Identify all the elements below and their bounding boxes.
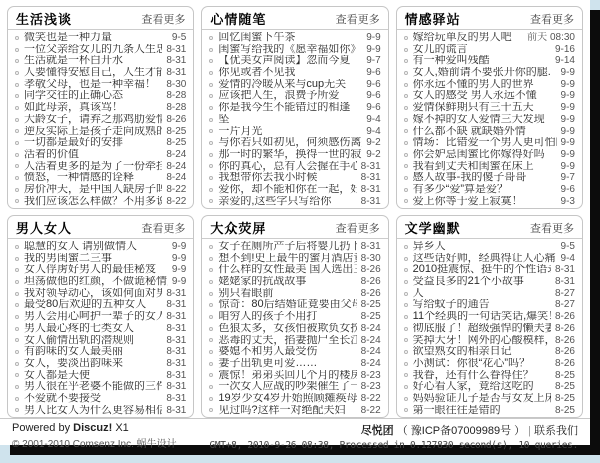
thread-title-link[interactable]: 什么都不缺 就缺婚外情 <box>413 126 557 138</box>
thread-date: 8-26 <box>555 358 575 370</box>
bullet-icon <box>404 59 408 63</box>
thread-date: 8-25 <box>361 311 381 323</box>
bullet-icon <box>15 36 19 40</box>
thread-title-link[interactable]: 坦荡做他的红颜，不做诡秘情人 ... <box>24 276 168 288</box>
thread-row: 一次女人应战的吵架催生了一个业主委员会 ...8-23 <box>209 381 380 393</box>
thread-title-link[interactable]: 女子在厕所产子后将婴儿扔下三楼（图） ... <box>218 241 356 253</box>
thread-date: 8-25 <box>555 370 575 382</box>
thread-list: 异乡人9-5这些话好帅，经典得让人心痛！ ...9-42010挺震惊、挺牛的个性… <box>397 239 582 416</box>
thread-title-link[interactable]: 如此母亲，真该骂！ <box>24 102 162 114</box>
thread-date: 8-31 <box>166 311 186 323</box>
thread-title-link[interactable]: 孝敬父母，也是一种幸福！ <box>24 79 162 91</box>
thread-row: 逆反实际上是孩子走向成熟的开始 ...8-25 <box>15 126 186 138</box>
thread-title-link[interactable]: 爱你，却不能和你在一起，好想你，好心痛！ ... <box>218 184 356 196</box>
thread-date: 9-4 <box>561 253 575 265</box>
thread-title-link[interactable]: 最受80后欢迎的五种女人 <box>24 299 162 311</box>
thread-title-link[interactable]: 惊奇：80后结婚证竟要由父母代管 ... <box>218 299 356 311</box>
thread-date: 8-31 <box>166 67 186 79</box>
thread-row: 女人，要淡出韵味来8-31 <box>15 358 186 370</box>
thread-title-link[interactable]: 你会妒忌闺蜜比你嫁得好吗 <box>413 149 557 161</box>
thread-title-link[interactable]: 什么样的女性最美 国人选出三要素 ... <box>218 264 356 276</box>
bullet-icon <box>15 373 19 377</box>
thread-title-link[interactable]: 同学交往的正确心态 <box>24 90 162 102</box>
thread-title-link[interactable]: 一次女人应战的吵架催生了一个业主委员会 ... <box>218 381 356 393</box>
thread-title-link[interactable]: 爱情保鲜期只有三十五天 <box>413 102 557 114</box>
thread-title-link[interactable]: 一切都是最好的安排 <box>24 137 162 149</box>
thread-date: 8-24 <box>166 172 186 184</box>
thread-date: 9-6 <box>366 90 380 102</box>
thread-title-link[interactable]: 生活就是一杯白开水 <box>24 55 162 67</box>
category-panel: 大众荧屏查看更多女子在厕所产子后将婴儿扔下三楼（图） ...8-31想不到!史上… <box>201 215 388 418</box>
thread-title-link[interactable]: 闺蜜写给我的《愿幸福如你》 <box>218 44 362 56</box>
thread-row: 那一时的繁华，换得一世的寂寞 ...9-2 <box>209 149 380 161</box>
thread-title-link[interactable]: 人活着更多的是为了一份牵挂 <box>24 161 162 173</box>
bullet-icon <box>209 408 213 412</box>
forum-category-board: 生活浅谈查看更多微笑也是一种力量9-5一位父亲给女儿的九条人生忠告（受用一生） … <box>0 0 590 418</box>
thread-row: 闺蜜写给我的《愿幸福如你》9-9 <box>209 44 380 56</box>
thread-row: 一片月光9-4 <box>209 126 380 138</box>
thread-title-link[interactable]: 【优美女声阅读】忽而今夏 <box>218 55 362 67</box>
thread-date: 8-27 <box>555 299 575 311</box>
thread-title-link[interactable]: 男人最心疼的七类女人 <box>24 323 162 335</box>
thread-row: 爱情的冷暖从来与cup无关9-6 <box>209 79 380 91</box>
thread-title-link[interactable]: 爱上你等于爱上寂寞！ <box>413 196 557 208</box>
bullet-icon <box>404 36 408 40</box>
thread-date: 8-28 <box>166 90 186 102</box>
bullet-icon <box>209 268 213 272</box>
view-more-link[interactable]: 查看更多 <box>530 220 574 236</box>
thread-title-link[interactable]: 亲爱的,这些字只写给你 <box>218 196 356 208</box>
thread-list: 微笑也是一种力量9-5一位父亲给女儿的九条人生忠告（受用一生） ...8-31生… <box>8 30 193 207</box>
thread-row: 什么样的女性最美 国人选出三要素 ...8-26 <box>209 264 380 276</box>
bullet-icon <box>15 338 19 342</box>
bullet-icon <box>15 327 19 331</box>
thread-title-link[interactable]: 聪慧的女人 请别做情人 <box>24 241 168 253</box>
thread-date: 8-22 <box>166 196 186 208</box>
thread-date: 8-31 <box>166 358 186 370</box>
thread-date: 8-31 <box>361 184 381 196</box>
powered-by-prefix: Powered by <box>12 422 73 434</box>
bullet-icon <box>404 280 408 284</box>
thread-row: 小测试：你很“花心”吗？8-26 <box>404 358 575 370</box>
thread-row: 我的男闺蜜二三事9-9 <box>15 253 186 265</box>
thread-title-link[interactable]: 笑掉大牙！网外的心酸模样，请听竹子来“ ... <box>413 335 551 347</box>
thread-title-link[interactable]: 姥姥家的抗战故事 <box>218 276 356 288</box>
category-title-link[interactable]: 男人女人 <box>16 218 72 237</box>
thread-title-link[interactable]: 嫁给玩单反的男人吧 <box>413 32 524 44</box>
thread-list: 回忆闺蜜下午茶9-9闺蜜写给我的《愿幸福如你》9-9【优美女声阅读】忽而今夏9-… <box>202 30 387 207</box>
thread-title-link[interactable]: 女人，要淡出韵味来 <box>24 358 162 370</box>
thread-row: 微笑也是一种力量9-5 <box>15 32 186 44</box>
thread-title-link[interactable]: 女人俘虏好男人的最佳秘笈 <box>24 264 168 276</box>
thread-title-link[interactable]: 婆媳不和男人最受伤 <box>218 346 356 358</box>
thread-date: 8-25 <box>166 126 186 138</box>
thread-title-link[interactable]: 咱穷人的孩子不用打 <box>218 311 356 323</box>
category-header: 男人女人查看更多 <box>8 216 193 239</box>
thread-title-link[interactable]: 房价冲天，是中国人缺房子吗 <box>24 184 162 196</box>
thread-row: 同学交往的正确心态8-28 <box>15 90 186 102</box>
thread-row: 女人偷情出轨的潜规则8-31 <box>15 335 186 347</box>
thread-title-link[interactable]: 大龄女子，请弃之那鸡肋爱情 <box>24 114 162 126</box>
view-more-link[interactable]: 查看更多 <box>141 11 185 27</box>
thread-row: 女人的感受 男人永远不懂9-9 <box>404 90 575 102</box>
bullet-icon <box>15 362 19 366</box>
category-header: 大众荧屏查看更多 <box>202 216 387 239</box>
thread-row: 你是我今生不能错过的相逢9-6 <box>209 102 380 114</box>
bullet-icon <box>209 199 213 203</box>
thread-title-link[interactable]: 那一时的繁华，换得一世的寂寞 ... <box>218 149 362 161</box>
thread-date: 8-30 <box>166 79 186 91</box>
thread-date: 9-9 <box>561 126 575 138</box>
thread-row: 坠9-4 <box>209 114 380 126</box>
thread-title-link[interactable]: 有韵味的女人最美丽 <box>24 346 162 358</box>
thread-date: 8-24 <box>166 149 186 161</box>
thread-title-link[interactable]: 与你若只如初见，何须感伤离别 ... <box>218 137 362 149</box>
thread-title-link[interactable]: 19岁少女4岁开始照顾瘫痪母亲 背母上学11年 ... <box>218 393 356 405</box>
thread-date: 8-24 <box>361 358 381 370</box>
thread-row: 见过吗?这样一对绝配夫妇8-22 <box>209 405 380 417</box>
bullet-icon <box>404 245 408 249</box>
bullet-icon <box>209 164 213 168</box>
bullet-icon <box>15 106 19 110</box>
thread-title-link[interactable]: 你是我今生不能错过的相逢 <box>218 102 362 114</box>
thread-title-link[interactable]: 应该把人生，浪费予所爱 <box>218 90 362 102</box>
thread-title-link[interactable]: 受益良多的21个小故事 <box>413 276 551 288</box>
thread-title-link[interactable]: 一位父亲给女儿的九条人生忠告（受用一生） ... <box>24 44 162 56</box>
thread-date: 8-25 <box>166 137 186 149</box>
thread-row: 聪慧的女人 请别做情人9-9 <box>15 241 186 253</box>
thread-title-link[interactable]: 彻底服了！超级强悍的懒夫妻 <box>413 323 551 335</box>
thread-date: 9-9 <box>561 102 575 114</box>
thread-title-link[interactable]: 你的真心，总有人会握在手心 <box>218 161 356 173</box>
thread-title-link[interactable]: 妻子出轨更可爱…… <box>218 358 356 370</box>
bullet-icon <box>15 153 19 157</box>
thread-title-link[interactable]: 别只看眼前 <box>218 288 356 300</box>
thread-title-link[interactable]: 男人比女人为什么更容易相信一见钟情？ ... <box>24 405 162 417</box>
thread-list: 聪慧的女人 请别做情人9-9我的男闺蜜二三事9-9女人俘虏好男人的最佳秘笈9-9… <box>8 239 193 416</box>
bullet-icon <box>404 48 408 52</box>
thread-date: 9-4 <box>366 126 380 138</box>
thread-title-link[interactable]: 我对领导动心，该如何面对男友 ... <box>24 288 162 300</box>
thread-date: 8-31 <box>166 323 186 335</box>
thread-title-link[interactable]: 有一种爱叫残酷 <box>413 55 551 67</box>
thread-row: 我眷，还有什么眷得住？8-25 <box>404 370 575 382</box>
category-title-link[interactable]: 大众荧屏 <box>210 218 266 237</box>
thread-title-link[interactable]: 女人偷情出轨的潜规则 <box>24 335 162 347</box>
bullet-icon <box>15 59 19 63</box>
thread-title-link[interactable]: 恶毒的丈夫，掐妻抛尸至长江 <box>218 335 356 347</box>
bullet-icon <box>404 397 408 401</box>
thread-date: 8-31 <box>361 196 381 208</box>
bullet-icon <box>404 268 408 272</box>
thread-row: 彻底服了！超级强悍的懒夫妻8-26 <box>404 323 575 335</box>
bullet-icon <box>404 129 408 133</box>
thread-date: 9-9 <box>366 32 380 44</box>
thread-list: 女子在厕所产子后将婴儿扔下三楼（图） ...8-31想不到!史上最牛的蜜月酒店竟… <box>202 239 387 416</box>
thread-date: 9-9 <box>561 67 575 79</box>
bullet-icon <box>404 83 408 87</box>
bullet-icon <box>209 94 213 98</box>
thread-date: 9-7 <box>366 55 380 67</box>
bullet-icon <box>209 338 213 342</box>
bullet-icon <box>15 245 19 249</box>
thread-title-link[interactable]: 情场：比错爱一个男人更可怕的事 ... <box>413 137 557 149</box>
thread-row: 有多少“爱”算是爱？9-6 <box>404 184 575 196</box>
category-title-link[interactable]: 情感驿站 <box>405 9 461 28</box>
bullet-icon <box>15 141 19 145</box>
footer-left: Powered by Discuz! X1 © 2001-2010 Comsen… <box>12 422 177 445</box>
bullet-icon <box>15 48 19 52</box>
bullet-icon <box>15 188 19 192</box>
bullet-icon <box>209 188 213 192</box>
thread-row: 惊奇：80后结婚证竟要由父母代管 ...8-25 <box>209 299 380 311</box>
bullet-icon <box>15 164 19 168</box>
thread-title-link[interactable]: 坠 <box>218 114 362 126</box>
bullet-icon <box>404 327 408 331</box>
thread-list: 嫁给玩单反的男人吧前天 08:30女儿的谎言9-16有一种爱叫残酷9-14女人,… <box>397 30 582 207</box>
thread-date: 8-31 <box>555 264 575 276</box>
icp-number: （ 豫ICP备07009989号 ） <box>397 425 525 437</box>
thread-row: 女儿的谎言9-16 <box>404 44 575 56</box>
category-header: 生活浅谈查看更多 <box>8 7 193 30</box>
thread-date: 8-31 <box>166 393 186 405</box>
thread-title-link[interactable]: 活着的价值 <box>24 149 162 161</box>
thread-date: 8-23 <box>361 381 381 393</box>
thread-row: 感人故事-我的傻子哥哥9-7 <box>404 172 575 184</box>
view-more-link[interactable]: 查看更多 <box>141 220 185 236</box>
thread-date: 8-30 <box>361 253 381 265</box>
bullet-icon <box>209 153 213 157</box>
thread-title-link[interactable]: 回忆闺蜜下午茶 <box>218 32 362 44</box>
thread-row: 最受80后欢迎的五种女人8-31 <box>15 299 186 311</box>
thread-date: 9-6 <box>366 67 380 79</box>
thread-title-link[interactable]: 我眷，还有什么眷得住？ <box>413 370 551 382</box>
thread-title-link[interactable]: 你见或者不见我 <box>218 67 362 79</box>
thread-date: 前天 08:30 <box>527 32 575 44</box>
bullet-icon <box>15 303 19 307</box>
thread-title-link[interactable]: 写给蚊子的通告 <box>413 299 551 311</box>
thread-row: 男人会用心呵护一辈子的女人8-31 <box>15 311 186 323</box>
thread-title-link[interactable]: 女人都是天使 <box>24 370 162 382</box>
bullet-icon <box>404 94 408 98</box>
thread-title-link[interactable]: 想不到!史上最牛的蜜月酒店竟然是这样的! <box>218 253 356 265</box>
thread-row: 姥姥家的抗战故事8-26 <box>209 276 380 288</box>
bullet-icon <box>15 118 19 122</box>
thread-date: 8-31 <box>166 370 186 382</box>
category-title-link[interactable]: 心情随笔 <box>210 9 266 28</box>
thread-date: 8-31 <box>555 276 575 288</box>
thread-title-link[interactable]: 妈妈验证儿子是否与女友上床 <box>413 393 551 405</box>
category-title-link[interactable]: 文学幽默 <box>405 218 461 237</box>
bullet-icon <box>404 118 408 122</box>
bullet-icon <box>15 315 19 319</box>
thread-date: 8-24 <box>361 346 381 358</box>
category-panel: 男人女人查看更多聪慧的女人 请别做情人9-9我的男闺蜜二三事9-9女人俘虏好男人… <box>7 215 194 418</box>
discuz-brand-link[interactable]: Discuz! <box>73 422 112 434</box>
thread-row: 你会妒忌闺蜜比你嫁得好吗9-9 <box>404 149 575 161</box>
view-more-link[interactable]: 查看更多 <box>336 220 380 236</box>
thread-row: 大龄女子，请弃之那鸡肋爱情8-26 <box>15 114 186 126</box>
thread-title-link[interactable]: 嫁不掉的女人爱情三大发现 <box>413 114 557 126</box>
thread-title-link[interactable]: 好心看人家，竟给这吃的 <box>413 381 551 393</box>
thread-date: 8-31 <box>361 161 381 173</box>
thread-title-link[interactable]: 感人故事-我的傻子哥哥 <box>413 172 557 184</box>
thread-title-link[interactable]: 我们应该怎么样做？不用多说，看后自明！ ... <box>24 196 162 208</box>
thread-date: 9-16 <box>555 44 575 56</box>
forum-window: 生活浅谈查看更多微笑也是一种力量9-5一位父亲给女儿的九条人生忠告（受用一生） … <box>0 0 590 445</box>
thread-title-link[interactable]: 异乡人 <box>413 241 557 253</box>
thread-title-link[interactable]: 爱情的冷暖从来与cup无关 <box>218 79 362 91</box>
thread-title-link[interactable]: 不爱就不要接受 <box>24 393 162 405</box>
thread-title-link[interactable]: 愤怒，一种情感的诠释 <box>24 172 162 184</box>
bullet-icon <box>404 373 408 377</box>
thread-date: 8-24 <box>361 323 381 335</box>
bullet-icon <box>209 118 213 122</box>
thread-row: 女人,婚前请不要张开你的腿.9-9 <box>404 67 575 79</box>
server-stats-line: GMT+8, 2010-9-26 08:38, Processed in 0.1… <box>209 440 578 451</box>
thread-title-link[interactable]: 男人会用心呵护一辈子的女人 <box>24 311 162 323</box>
thread-row: 我看到丈夫和闺蜜在床上9-9 <box>404 161 575 173</box>
bullet-icon <box>404 176 408 180</box>
bullet-icon <box>404 141 408 145</box>
thread-row: 爱你，却不能和你在一起，好想你，好心痛！ ...8-31 <box>209 184 380 196</box>
view-more-link[interactable]: 查看更多 <box>530 11 574 27</box>
view-more-link[interactable]: 查看更多 <box>336 11 380 27</box>
powered-by-version: X1 <box>112 422 129 434</box>
category-panel: 心情随笔查看更多回忆闺蜜下午茶9-9闺蜜写给我的《愿幸福如你》9-9【优美女声阅… <box>201 6 388 209</box>
footer-right: 尽悦团 （ 豫ICP备07009989号 ）|联系我们 GMT+8, 2010-… <box>209 422 578 445</box>
thread-title-link[interactable]: 女人,婚前请不要张开你的腿. <box>413 67 557 79</box>
bullet-icon <box>209 71 213 75</box>
bullet-icon <box>15 71 19 75</box>
page-footer: Powered by Discuz! X1 © 2001-2010 Comsen… <box>0 418 590 445</box>
powered-by-line: Powered by Discuz! X1 <box>12 422 177 434</box>
thread-title-link[interactable]: 我看到丈夫和闺蜜在床上 <box>413 161 557 173</box>
site-info-line: 尽悦团 （ 豫ICP备07009989号 ）|联系我们 <box>209 422 578 438</box>
bullet-icon <box>15 397 19 401</box>
thread-title-link[interactable]: 2010挺震惊、挺牛的个性语录 <box>413 264 551 276</box>
thread-row: 女子在厕所产子后将婴儿扔下三楼（图） ...8-31 <box>209 241 380 253</box>
bullet-icon <box>15 385 19 389</box>
bullet-icon <box>209 245 213 249</box>
bullet-icon <box>15 94 19 98</box>
thread-date: 8-31 <box>166 44 186 56</box>
thread-title-link[interactable]: 小测试：你很“花心”吗？ <box>413 358 551 370</box>
thread-date: 8-31 <box>166 381 186 393</box>
thread-title-link[interactable]: 一片月光 <box>218 126 362 138</box>
thread-row: 震惊！弟弟买回几个月的楼房竟轻赚整百万 ...8-23 <box>209 370 380 382</box>
thread-title-link[interactable]: 11个经典的一句话笑话,爆笑！ <box>413 311 551 323</box>
thread-date: 9-9 <box>561 90 575 102</box>
thread-date: 9-6 <box>366 102 380 114</box>
thread-title-link[interactable]: 色狼太多，女孩怕被欺负女扮男装去打工 ... <box>218 323 356 335</box>
thread-row: 爱上你等于爱上寂寞！9-3 <box>404 196 575 208</box>
thread-row: 你永远不懂的男人的世界9-9 <box>404 79 575 91</box>
thread-title-link[interactable]: 震惊！弟弟买回几个月的楼房竟轻赚整百万 ... <box>218 370 356 382</box>
thread-title-link[interactable]: 女人的感受 男人永远不懂 <box>413 90 557 102</box>
thread-title-link[interactable]: 见过吗?这样一对绝配夫妇 <box>218 405 356 417</box>
category-panel: 生活浅谈查看更多微笑也是一种力量9-5一位父亲给女儿的九条人生忠告（受用一生） … <box>7 6 194 209</box>
bullet-icon <box>404 292 408 296</box>
bullet-icon <box>15 199 19 203</box>
thread-row: 男人比女人为什么更容易相信一见钟情？ ...8-31 <box>15 405 186 417</box>
thread-row: 笑掉大牙！网外的心酸模样，请听竹子来“ ...8-26 <box>404 335 575 347</box>
thread-title-link[interactable]: 欲望熟女的相亲日记 <box>413 346 551 358</box>
thread-date: 9-6 <box>561 184 575 196</box>
thread-date: 8-23 <box>361 370 381 382</box>
thread-title-link[interactable]: 人要懂得安慰自己，人生才能过得洒脱 ... <box>24 67 162 79</box>
thread-row: 11个经典的一句话笑话,爆笑！8-26 <box>404 311 575 323</box>
bullet-icon <box>404 106 408 110</box>
bullet-icon <box>15 257 19 261</box>
thread-date: 8-26 <box>555 346 575 358</box>
thread-date: 8-31 <box>166 405 186 417</box>
thread-row: 不爱就不要接受8-31 <box>15 393 186 405</box>
thread-date: 8-25 <box>555 381 575 393</box>
bullet-icon <box>15 129 19 133</box>
thread-title-link[interactable]: 这些话好帅，经典得让人心痛！ ... <box>413 253 557 265</box>
bullet-icon <box>404 71 408 75</box>
thread-title-link[interactable]: 你永远不懂的男人的世界 <box>413 79 557 91</box>
thread-title-link[interactable]: 女儿的谎言 <box>413 44 551 56</box>
copyright-line: © 2001-2010 Comsenz Inc. 蜗牛设计 <box>12 435 177 450</box>
thread-title-link[interactable]: 我想带你去我小时候 <box>218 172 356 184</box>
thread-title-link[interactable]: 微笑也是一种力量 <box>24 32 168 44</box>
thread-date: 8-31 <box>361 172 381 184</box>
bullet-icon <box>209 292 213 296</box>
bullet-icon <box>209 315 213 319</box>
thread-row: 异乡人9-5 <box>404 241 575 253</box>
thread-date: 9-5 <box>561 241 575 253</box>
thread-row: 生活就是一杯白开水8-31 <box>15 55 186 67</box>
bullet-icon <box>404 350 408 354</box>
thread-title-link[interactable]: 第一眼往往是错的 <box>413 405 551 417</box>
thread-row: 男人很在乎老婆不能做的三件事 ...8-31 <box>15 381 186 393</box>
bullet-icon <box>209 176 213 180</box>
thread-row: 坦荡做他的红颜，不做诡秘情人 ...9-9 <box>15 276 186 288</box>
thread-title-link[interactable]: 我的男闺蜜二三事 <box>24 253 168 265</box>
thread-row: 活着的价值8-24 <box>15 149 186 161</box>
thread-title-link[interactable]: 有多少“爱”算是爱？ <box>413 184 557 196</box>
category-title-link[interactable]: 生活浅谈 <box>16 9 72 28</box>
thread-title-link[interactable]: 逆反实际上是孩子走向成熟的开始 ... <box>24 126 162 138</box>
thread-row: 别只看眼前8-26 <box>209 288 380 300</box>
bullet-icon <box>404 385 408 389</box>
category-panel: 情感驿站查看更多嫁给玩单反的男人吧前天 08:30女儿的谎言9-16有一种爱叫残… <box>396 6 583 209</box>
thread-date: 9-2 <box>366 149 380 161</box>
thread-title-link[interactable]: 人 <box>413 288 551 300</box>
thread-row: 一切都是最好的安排8-25 <box>15 137 186 149</box>
thread-date: 8-26 <box>555 323 575 335</box>
bullet-icon <box>15 408 19 412</box>
thread-title-link[interactable]: 男人很在乎老婆不能做的三件事 ... <box>24 381 162 393</box>
thread-date: 8-22 <box>361 405 381 417</box>
thread-row: 男人最心疼的七类女人8-31 <box>15 323 186 335</box>
bullet-icon <box>404 257 408 261</box>
bullet-icon <box>209 327 213 331</box>
thread-date: 9-9 <box>366 44 380 56</box>
thread-row: 19岁少女4岁开始照顾瘫痪母亲 背母上学11年 ...8-22 <box>209 393 380 405</box>
contact-us-link[interactable]: 联系我们 <box>534 425 578 437</box>
bullet-icon <box>404 362 408 366</box>
bullet-icon <box>404 188 408 192</box>
thread-row: 女人都是天使8-31 <box>15 370 186 382</box>
thread-date: 8-31 <box>166 55 186 67</box>
thread-row: 爱情保鲜期只有三十五天9-9 <box>404 102 575 114</box>
thread-date: 9-9 <box>172 253 186 265</box>
bullet-icon <box>15 268 19 272</box>
thread-date: 9-9 <box>172 241 186 253</box>
